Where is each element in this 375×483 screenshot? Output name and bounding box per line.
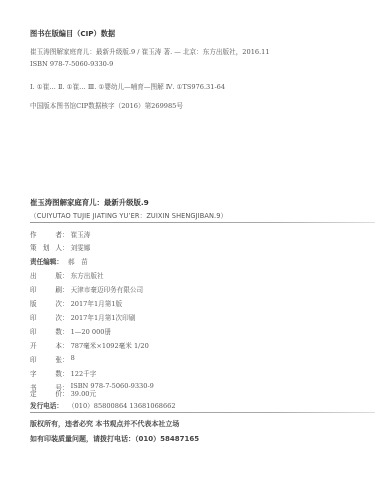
label-char: 策 [30, 242, 37, 252]
label-colon: ： [62, 388, 69, 398]
colophon-row: 印次：2017年1月第1次印刷 [30, 312, 135, 322]
colophon-value: 122千字 [71, 368, 97, 378]
colophon-value: 787毫米×1092毫米 1/20 [71, 340, 149, 350]
colophon-row: 发行电话：（010）85800864 13681068662 [30, 400, 176, 410]
label-char: 印 [30, 326, 37, 336]
cip-heading: 图书在版编目（CIP）数据 [30, 29, 115, 39]
colophon-row: 定价：39.00元 [30, 388, 96, 398]
label-char: 字 [30, 368, 37, 378]
colophon-value: 天津市豪迈印务有限公司 [71, 284, 144, 294]
colophon-label: 责任编辑： [30, 256, 68, 266]
colophon-label: 定价： [30, 388, 71, 398]
label-char: 者 [55, 229, 62, 239]
cip-record-line: 崔玉涛图解家庭育儿：最新升级版.9 / 崔玉涛 著. — 北京：东方出版社，20… [30, 46, 270, 56]
colophon-row: 作者：崔玉涛 [30, 229, 90, 239]
colophon-value: （010）85800864 13681068662 [68, 400, 176, 410]
colophon-value: 39.00元 [71, 388, 96, 398]
label-colon: ： [62, 270, 69, 280]
label-char: 开 [30, 340, 37, 350]
colophon-row: 字数：122千字 [30, 368, 96, 378]
title-divider [30, 222, 375, 223]
label-colon: ： [62, 242, 69, 252]
colophon-row: 出版：东方出版社 [30, 270, 104, 280]
book-title: 崔玉涛图解家庭育儿：最新升级版.9 [30, 197, 149, 208]
colophon-label: 发行电话： [30, 400, 68, 410]
label-colon: ： [62, 340, 69, 350]
colophon-label: 字数： [30, 368, 71, 378]
colophon-row: 印数：1—20 000册 [30, 326, 111, 336]
colophon-value: 1—20 000册 [71, 326, 111, 336]
label-colon: ： [56, 400, 63, 410]
colophon-row: 印张：8 [30, 354, 75, 364]
label-char: 张 [55, 354, 62, 364]
colophon-value: 8 [71, 354, 75, 364]
cip-isbn-line: ISBN 978-7-5060-9330-9 [30, 60, 113, 68]
colophon-value: 刘雯娜 [71, 242, 91, 252]
label-char: 印 [30, 354, 37, 364]
label-char: 印 [30, 284, 37, 294]
colophon-divider [30, 412, 375, 413]
label-char: 本 [55, 340, 62, 350]
label-char: 数 [55, 326, 62, 336]
label-char: 价 [55, 388, 62, 398]
cip-verification-line: 中国版本图书馆CIP数据核字（2016）第269985号 [30, 100, 183, 110]
quality-hotline: 如有印装质量问题，请拨打电话：（010）58487165 [30, 434, 199, 444]
label-char: 划 [43, 242, 50, 252]
label-colon: ： [62, 368, 69, 378]
colophon-label: 策划人： [30, 242, 71, 252]
colophon-label: 印次： [30, 312, 71, 322]
book-pinyin-title: （CUIYUTAO TUJIE JIATING YU’ER：ZUIXIN SHE… [30, 210, 227, 220]
colophon-value: 东方出版社 [71, 270, 104, 280]
colophon-row: 版次：2017年1月第1版 [30, 298, 122, 308]
label-colon: ： [62, 326, 69, 336]
colophon-label: 版次： [30, 298, 71, 308]
colophon-value: 2017年1月第1次印刷 [71, 312, 136, 322]
colophon-row: 责任编辑：郝 苗 [30, 256, 88, 266]
colophon-value: 崔玉涛 [71, 229, 91, 239]
label-char: 作 [30, 229, 37, 239]
label-colon: ： [62, 229, 69, 239]
label-char: 数 [55, 368, 62, 378]
colophon-label: 作者： [30, 229, 71, 239]
colophon-value: 郝 苗 [68, 256, 88, 266]
label-char: 次 [55, 298, 62, 308]
colophon-label: 出版： [30, 270, 71, 280]
label-colon: ： [62, 284, 69, 294]
label-colon: ： [56, 256, 63, 266]
colophon-row: 开本：787毫米×1092毫米 1/20 [30, 340, 149, 350]
label-colon: ： [62, 312, 69, 322]
colophon-value: 2017年1月第1版 [71, 298, 123, 308]
label-char: 人 [55, 242, 62, 252]
label-colon: ： [62, 298, 69, 308]
colophon-label: 印数： [30, 326, 71, 336]
label-char: 出 [30, 270, 37, 280]
label-char: 版 [30, 298, 37, 308]
colophon-label: 印刷： [30, 284, 71, 294]
label-char: 次 [55, 312, 62, 322]
colophon-row: 策划人：刘雯娜 [30, 242, 90, 252]
label-char: 定 [30, 388, 37, 398]
rights-notice: 版权所有，违者必究 本书观点并不代表本社立场 [30, 419, 179, 429]
label-colon: ： [62, 354, 69, 364]
label-char: 刷 [55, 284, 62, 294]
label-char: 印 [30, 312, 37, 322]
colophon-label: 开本： [30, 340, 71, 350]
colophon-row: 印刷：天津市豪迈印务有限公司 [30, 284, 143, 294]
label-char: 版 [55, 270, 62, 280]
cip-classification-line: Ⅰ. ①崔… Ⅱ. ①崔… Ⅲ. ①婴幼儿—哺育—图解 Ⅳ. ①TS976.31… [30, 81, 225, 91]
colophon-label: 印张： [30, 354, 71, 364]
